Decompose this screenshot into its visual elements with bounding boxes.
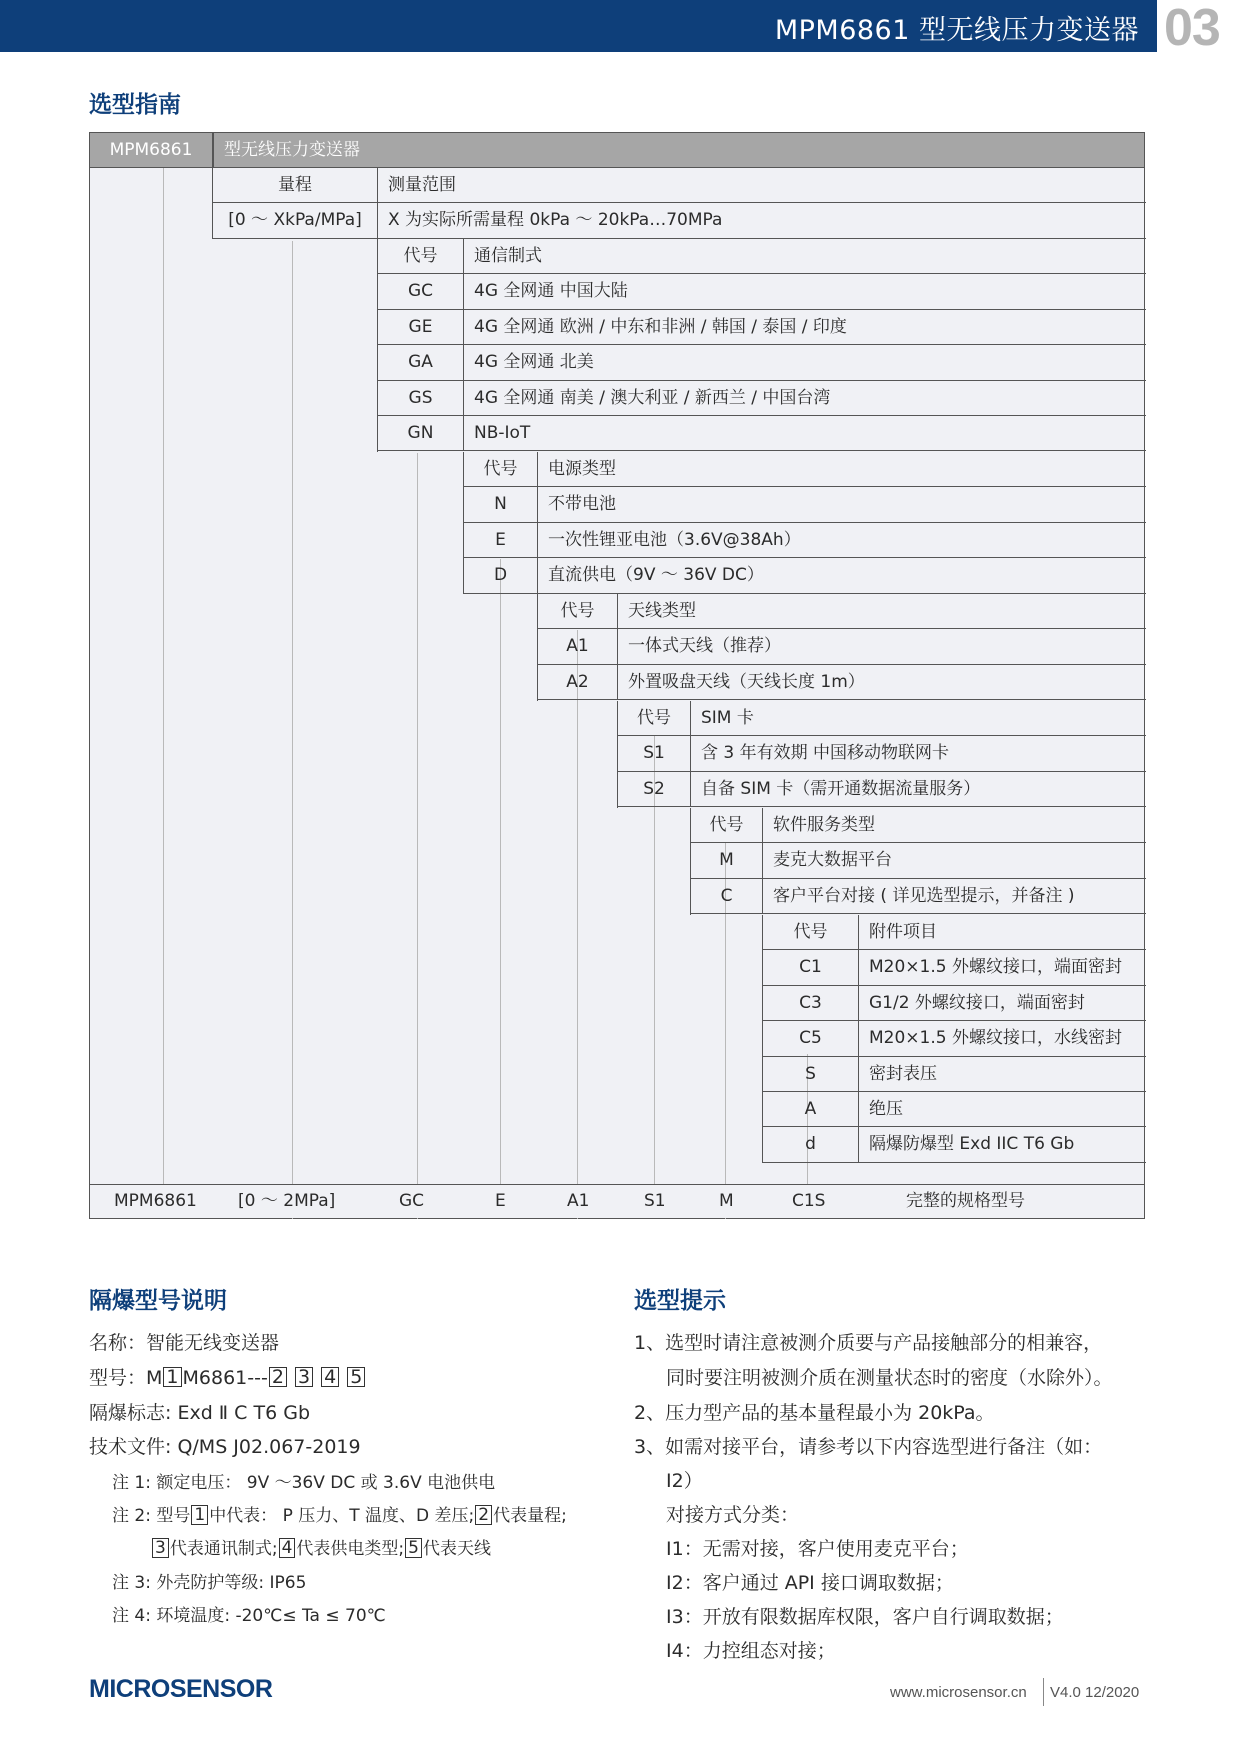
software-header-desc: 软件服务类型	[763, 808, 875, 842]
guide-line-power	[500, 559, 501, 1186]
antenna-header-code: 代号	[538, 594, 618, 628]
comm-desc: 4G 全网通 中国大陆	[464, 274, 628, 308]
example-model: MPM6861	[114, 1185, 197, 1218]
comm-code: GC	[378, 274, 464, 308]
accessory-code: C5	[763, 1021, 859, 1055]
antenna-desc: 一体式天线（推荐）	[618, 629, 781, 663]
table-row: C3 G1/2 外螺纹接口，端面密封	[763, 986, 1146, 1021]
comm-code: GS	[378, 381, 464, 415]
table-row: E 一次性锂亚电池（3.6V@38Ah）	[464, 523, 1146, 558]
accessories-block: 代号 附件项目 C1 M20×1.5 外螺纹接口，端面密封 C3 G1/2 外螺…	[762, 915, 1146, 1163]
table-row: C1 M20×1.5 外螺纹接口，端面密封	[763, 950, 1146, 985]
table-row: D 直流供电（9V ～ 36V DC）	[464, 558, 1146, 593]
table-row: A 绝压	[763, 1092, 1146, 1127]
example-model-row: MPM6861 [0 ～ 2MPa] GC E A1 S1 M C1S 完整的规…	[90, 1184, 1144, 1218]
communication-block: 代号 通信制式 GC 4G 全网通 中国大陆 GE 4G 全网通 欧洲 / 中东…	[377, 239, 1146, 452]
tip-line: 同时要注明被测介质在测量状态时的密度（水除外）。	[666, 1363, 1113, 1390]
table-row: A2 外置吸盘天线（天线长度 1m）	[538, 665, 1146, 700]
chapter-number: 03	[1164, 0, 1220, 58]
model-box-1: 1	[163, 1367, 181, 1387]
antenna-block: 代号 天线类型 A1 一体式天线（推荐） A2 外置吸盘天线（天线长度 1m）	[537, 594, 1146, 701]
example-label: 完整的规格型号	[906, 1185, 1025, 1218]
note2-box-3: 3	[152, 1538, 169, 1558]
tip-line: 3、如需对接平台，请参考以下内容选型进行备注（如：	[634, 1432, 1102, 1459]
model-line: 型号：M1M6861---2 3 4 5	[89, 1363, 366, 1390]
note2-text: 注 2: 型号	[112, 1506, 190, 1526]
accessory-header-code: 代号	[763, 915, 859, 949]
table-row: S1 含 3 年有效期 中国移动物联网卡	[618, 736, 1146, 771]
range-header-desc: 测量范围	[378, 168, 456, 202]
table-row: d 隔爆防爆型 Exd IIC T6 Gb	[763, 1127, 1146, 1162]
power-block: 代号 电源类型 N 不带电池 E 一次性锂亚电池（3.6V@38Ah） D 直流…	[463, 452, 1146, 594]
model-box-5: 5	[347, 1367, 365, 1387]
antenna-desc: 外置吸盘天线（天线长度 1m）	[618, 665, 865, 699]
range-block: 量程 测量范围 [0 ～ XkPa/MPa] X 为实际所需量程 0kPa ～ …	[212, 168, 1146, 239]
accessory-desc: G1/2 外螺纹接口，端面密封	[859, 986, 1085, 1020]
software-code: M	[691, 843, 763, 877]
footer-url[interactable]: www.microsensor.cn	[890, 1684, 1027, 1701]
power-code: D	[464, 558, 538, 592]
accessory-code: C3	[763, 986, 859, 1020]
model-box-3: 3	[295, 1367, 313, 1387]
explosion-proof-title: 隔爆型号说明	[89, 1282, 227, 1315]
tech-doc-line: 技术文件: Q/MS J02.067-2019	[89, 1432, 361, 1459]
example-range: [0 ～ 2MPa]	[238, 1185, 335, 1218]
table-row: GA 4G 全网通 北美	[378, 345, 1146, 380]
note-2: 注 2: 型号1中代表： P 压力、T 温度、D 差压;2代表量程;	[112, 1501, 567, 1526]
table-row: M 麦克大数据平台	[691, 843, 1146, 878]
table-header-row: MPM6861 型无线压力变送器	[90, 133, 1144, 168]
table-row: GC 4G 全网通 中国大陆	[378, 274, 1146, 309]
note2-text: 中代表： P 压力、T 温度、D 差压;	[209, 1506, 474, 1526]
accessory-code: S	[763, 1057, 859, 1091]
power-code: N	[464, 487, 538, 521]
antenna-header-desc: 天线类型	[618, 594, 696, 628]
comm-desc: 4G 全网通 北美	[464, 345, 594, 379]
ex-mark-line: 隔爆标志: Exd Ⅱ C T6 Gb	[89, 1398, 310, 1425]
selection-guide-title: 选型指南	[89, 86, 181, 119]
table-row: S 密封表压	[763, 1057, 1146, 1092]
footer-divider	[1043, 1678, 1044, 1706]
comm-header-row: 代号 通信制式	[378, 239, 1146, 274]
tip-line: I2：客户通过 API 接口调取数据；	[666, 1568, 954, 1595]
tip-line: 1、选型时请注意被测介质要与产品接触部分的相兼容，	[634, 1328, 1102, 1355]
sim-code: S2	[618, 772, 691, 806]
comm-header-desc: 通信制式	[464, 239, 542, 273]
note-2-cont: 3代表通讯制式;4代表供电类型;5代表天线	[151, 1534, 491, 1559]
table-row: GN NB-IoT	[378, 416, 1146, 451]
accessory-code: A	[763, 1092, 859, 1126]
header-banner: MPM6861 型无线压力变送器	[0, 0, 1157, 52]
range-header-row: 量程 测量范围	[213, 168, 1146, 203]
note-3: 注 3: 外壳防护等级: IP65	[112, 1568, 306, 1593]
table-row: N 不带电池	[464, 487, 1146, 522]
antenna-code: A2	[538, 665, 618, 699]
model-box-2: 2	[269, 1367, 287, 1387]
guide-line-range	[292, 241, 293, 1219]
software-desc: 客户平台对接 ( 详见选型提示，并备注 )	[763, 879, 1074, 913]
sim-block: 代号 SIM 卡 S1 含 3 年有效期 中国移动物联网卡 S2 自备 SIM …	[617, 701, 1146, 808]
guide-line-comm	[417, 453, 418, 1219]
note2-box-2: 2	[475, 1505, 492, 1525]
power-desc: 一次性锂亚电池（3.6V@38Ah）	[538, 523, 801, 557]
table-row: [0 ～ XkPa/MPa] X 为实际所需量程 0kPa ～ 20kPa…70…	[213, 203, 1146, 238]
tip-line: I2）	[666, 1466, 703, 1493]
table-row: C5 M20×1.5 外螺纹接口，水线密封	[763, 1021, 1146, 1056]
example-accessory: C1S	[792, 1185, 825, 1218]
antenna-code: A1	[538, 629, 618, 663]
software-block: 代号 软件服务类型 M 麦克大数据平台 C 客户平台对接 ( 详见选型提示，并备…	[690, 808, 1146, 915]
tip-line: 2、压力型产品的基本量程最小为 20kPa。	[634, 1398, 995, 1425]
comm-code: GN	[378, 416, 464, 450]
accessory-code: C1	[763, 950, 859, 984]
accessory-header-row: 代号 附件项目	[763, 915, 1146, 950]
header-divider	[212, 133, 214, 168]
example-sim: S1	[644, 1185, 666, 1218]
table-row: GE 4G 全网通 欧洲 / 中东和非洲 / 韩国 / 泰国 / 印度	[378, 310, 1146, 345]
accessory-code: d	[763, 1127, 859, 1161]
note-1: 注 1: 额定电压： 9V ～36V DC 或 3.6V 电池供电	[112, 1468, 495, 1493]
software-desc: 麦克大数据平台	[763, 843, 892, 877]
tip-line: I4：力控组态对接；	[666, 1636, 836, 1663]
accessory-desc: M20×1.5 外螺纹接口，水线密封	[859, 1021, 1122, 1055]
note2-text: 代表天线	[423, 1539, 491, 1559]
guide-line-model	[163, 168, 164, 1186]
header-model-name: 型无线压力变送器	[224, 133, 360, 168]
tip-line: 对接方式分类：	[666, 1500, 799, 1527]
sim-desc: 自备 SIM 卡（需开通数据流量服务）	[691, 772, 980, 806]
tip-line: I1：无需对接，客户使用麦克平台；	[666, 1534, 969, 1561]
note2-box-5: 5	[405, 1538, 422, 1558]
software-header-row: 代号 软件服务类型	[691, 808, 1146, 843]
example-comm: GC	[399, 1185, 424, 1218]
power-desc: 不带电池	[538, 487, 616, 521]
comm-desc: NB-IoT	[464, 416, 530, 450]
note-4: 注 4: 环境温度: -20℃≤ Ta ≤ 70℃	[112, 1601, 386, 1626]
note2-box-1: 1	[191, 1505, 208, 1525]
comm-code: GA	[378, 345, 464, 379]
brand-logo: MICROSENSOR	[89, 1675, 272, 1704]
note2-box-4: 4	[279, 1538, 296, 1558]
example-power: E	[495, 1185, 506, 1218]
model-box-4: 4	[321, 1367, 339, 1387]
note2-text: 代表量程;	[493, 1506, 567, 1526]
footer-version: V4.0 12/2020	[1050, 1684, 1139, 1701]
software-code: C	[691, 879, 763, 913]
range-desc: X 为实际所需量程 0kPa ～ 20kPa…70MPa	[378, 203, 722, 237]
power-code: E	[464, 523, 538, 557]
tip-line: I3：开放有限数据库权限，客户自行调取数据；	[666, 1602, 1064, 1629]
model-prefix: 型号：M	[89, 1367, 162, 1389]
example-antenna: A1	[567, 1185, 589, 1218]
software-header-code: 代号	[691, 808, 763, 842]
header-title: MPM6861 型无线压力变送器	[775, 8, 1139, 47]
power-header-row: 代号 电源类型	[464, 452, 1146, 487]
name-line: 名称：智能无线变送器	[89, 1328, 279, 1355]
guide-line-antenna	[577, 630, 578, 1219]
table-row: C 客户平台对接 ( 详见选型提示，并备注 )	[691, 879, 1146, 914]
comm-desc: 4G 全网通 欧洲 / 中东和非洲 / 韩国 / 泰国 / 印度	[464, 310, 847, 344]
range-header-code: 量程	[213, 168, 378, 202]
table-row: S2 自备 SIM 卡（需开通数据流量服务）	[618, 772, 1146, 807]
note2-text: 代表供电类型;	[296, 1539, 404, 1559]
power-desc: 直流供电（9V ～ 36V DC）	[538, 558, 764, 592]
sim-code: S1	[618, 736, 691, 770]
sim-header-desc: SIM 卡	[691, 701, 754, 735]
example-software: M	[719, 1185, 734, 1218]
comm-header-code: 代号	[378, 239, 464, 273]
accessory-desc: 隔爆防爆型 Exd IIC T6 Gb	[859, 1127, 1074, 1161]
table-row: GS 4G 全网通 南美 / 澳大利亚 / 新西兰 / 中国台湾	[378, 381, 1146, 416]
sim-desc: 含 3 年有效期 中国移动物联网卡	[691, 736, 949, 770]
accessory-desc: 密封表压	[859, 1057, 937, 1091]
antenna-header-row: 代号 天线类型	[538, 594, 1146, 629]
power-header-desc: 电源类型	[538, 452, 616, 486]
power-header-code: 代号	[464, 452, 538, 486]
note2-text: 代表通讯制式;	[170, 1539, 278, 1559]
accessory-desc: M20×1.5 外螺纹接口，端面密封	[859, 950, 1122, 984]
selection-table: MPM6861 型无线压力变送器 量程 测量范围 [0 ～ XkPa/MPa] …	[89, 132, 1145, 1219]
accessory-desc: 绝压	[859, 1092, 903, 1126]
sim-header-code: 代号	[618, 701, 691, 735]
tips-title: 选型提示	[634, 1282, 726, 1315]
header-model: MPM6861	[90, 133, 212, 168]
sim-header-row: 代号 SIM 卡	[618, 701, 1146, 736]
range-code: [0 ～ XkPa/MPa]	[213, 203, 378, 237]
model-mid: M6861---	[183, 1367, 268, 1389]
comm-desc: 4G 全网通 南美 / 澳大利亚 / 新西兰 / 中国台湾	[464, 381, 830, 415]
accessory-header-desc: 附件项目	[859, 915, 937, 949]
table-row: A1 一体式天线（推荐）	[538, 629, 1146, 664]
comm-code: GE	[378, 310, 464, 344]
